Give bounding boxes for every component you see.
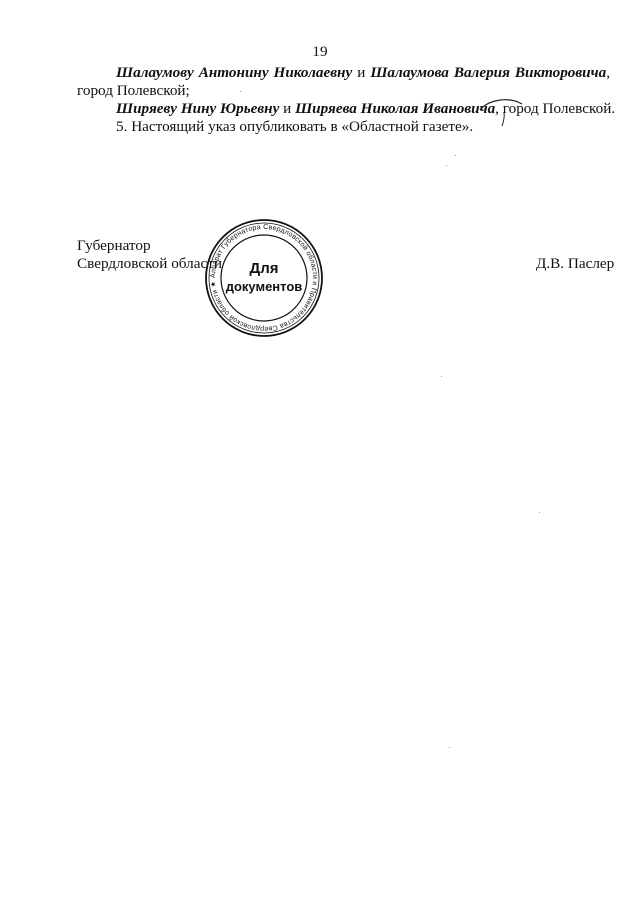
handwritten-correction-mark — [478, 98, 526, 128]
svg-text:Аппарат Губернатора Свердловск: Аппарат Губернатора Свердловской области… — [209, 224, 318, 332]
paragraph-city: город Полевской; — [77, 82, 190, 100]
publish-text: 5. Настоящий указ опубликовать в «Област… — [116, 118, 473, 135]
person-name: Шалаумова Валерия Викторовича — [370, 64, 606, 81]
scan-speck — [446, 165, 447, 166]
official-stamp-icon: Аппарат Губернатора Свердловской области… — [203, 217, 325, 339]
person-name: Шалаумову Антонину Николаевну — [116, 64, 352, 81]
paragraph-shalaumov: Шалаумову Антонину Николаевну и Шалаумов… — [116, 64, 610, 82]
person-name: Ширяева Николая Ивановича — [295, 100, 495, 117]
signature-title: Губернатор Свердловской области — [77, 237, 222, 273]
conjunction: и — [352, 64, 370, 81]
svg-text:документов: документов — [226, 279, 303, 294]
scan-speck — [539, 512, 540, 513]
paragraph-shiryaev: Ширяеву Нину Юрьевну и Ширяева Николая И… — [116, 100, 615, 118]
signature-title-line1: Губернатор — [77, 237, 222, 255]
scan-speck — [455, 155, 456, 156]
city-text: город Полевской; — [77, 82, 190, 99]
person-name: Ширяеву Нину Юрьевну — [116, 100, 279, 117]
signature-title-line2: Свердловской области — [77, 255, 222, 273]
document-page: 19 Шалаумову Антонину Николаевну и Шалау… — [0, 0, 640, 905]
paragraph-publish: 5. Настоящий указ опубликовать в «Област… — [116, 118, 473, 136]
scan-speck — [449, 747, 450, 748]
punctuation: , — [606, 64, 610, 81]
scan-speck — [240, 91, 241, 92]
page-number: 19 — [0, 43, 640, 61]
svg-text:Для: Для — [250, 260, 279, 277]
conjunction: и — [279, 100, 295, 117]
scan-speck — [441, 376, 442, 377]
signatory-name: Д.В. Паслер — [536, 255, 614, 273]
